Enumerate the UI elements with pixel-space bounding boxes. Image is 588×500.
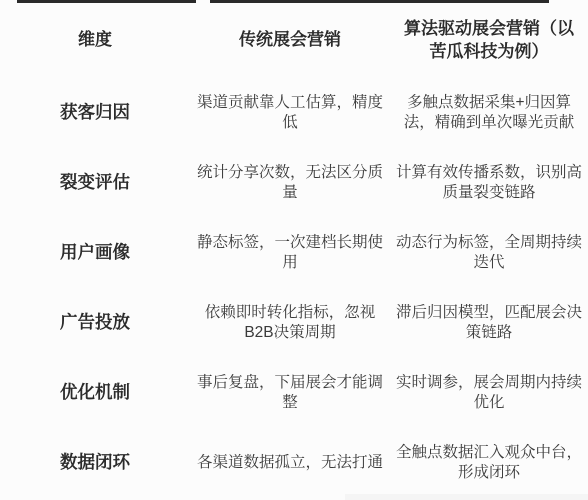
row-algorithm-cell: 计算有效传播系数，识别高质量裂变链路 xyxy=(390,163,588,204)
row-algorithm-cell: 动态行为标签，全周期持续迭代 xyxy=(390,233,588,274)
row-algorithm-cell: 全触点数据汇入观众中台，形成闭环 xyxy=(390,443,588,484)
table-header-row: 维度 传统展会营销 算法驱动展会营销（以苦瓜科技为例） xyxy=(0,3,588,78)
table-row: 广告投放 依赖即时转化指标，忽视B2B决策周期 滞后归因模型，匹配展会决策链路 xyxy=(0,288,588,358)
row-dimension-label: 获客归因 xyxy=(0,101,190,124)
row-dimension-label: 裂变评估 xyxy=(0,171,190,194)
row-dimension-label: 优化机制 xyxy=(0,381,190,404)
row-algorithm-cell: 实时调参，展会周期内持续优化 xyxy=(390,373,588,414)
row-dimension-label: 数据闭环 xyxy=(0,451,190,474)
row-dimension-label: 用户画像 xyxy=(0,241,190,264)
row-traditional-cell: 各渠道数据孤立，无法打通 xyxy=(190,453,390,473)
row-dimension-label: 广告投放 xyxy=(0,311,190,334)
table-row: 裂变评估 统计分享次数，无法区分质量 计算有效传播系数，识别高质量裂变链路 xyxy=(0,148,588,218)
column-header-dimension: 维度 xyxy=(0,29,190,51)
row-traditional-cell: 事后复盘，下届展会才能调整 xyxy=(190,373,390,414)
row-traditional-cell: 静态标签，一次建档长期使用 xyxy=(190,233,390,274)
table-row: 数据闭环 各渠道数据孤立，无法打通 全触点数据汇入观众中台，形成闭环 xyxy=(0,428,588,498)
row-algorithm-cell: 滞后归因模型，匹配展会决策链路 xyxy=(390,303,588,344)
row-traditional-cell: 统计分享次数，无法区分质量 xyxy=(190,163,390,204)
column-header-algorithm: 算法驱动展会营销（以苦瓜科技为例） xyxy=(390,18,588,63)
comparison-table-page: 维度 传统展会营销 算法驱动展会营销（以苦瓜科技为例） 获客归因 渠道贡献靠人工… xyxy=(0,0,588,500)
table-row: 获客归因 渠道贡献靠人工估算，精度低 多触点数据采集+归因算法，精确到单次曝光贡… xyxy=(0,78,588,148)
table-row: 用户画像 静态标签，一次建档长期使用 动态行为标签，全周期持续迭代 xyxy=(0,218,588,288)
row-algorithm-cell: 多触点数据采集+归因算法，精确到单次曝光贡献 xyxy=(390,93,588,134)
column-header-traditional: 传统展会营销 xyxy=(190,29,390,51)
row-traditional-cell: 渠道贡献靠人工估算，精度低 xyxy=(190,93,390,134)
comparison-table: 维度 传统展会营销 算法驱动展会营销（以苦瓜科技为例） 获客归因 渠道贡献靠人工… xyxy=(0,3,588,498)
table-body: 获客归因 渠道贡献靠人工估算，精度低 多触点数据采集+归因算法，精确到单次曝光贡… xyxy=(0,78,588,498)
table-row: 优化机制 事后复盘，下届展会才能调整 实时调参，展会周期内持续优化 xyxy=(0,358,588,428)
row-traditional-cell: 依赖即时转化指标，忽视B2B决策周期 xyxy=(190,303,390,344)
bottom-shading-artifact xyxy=(345,494,588,500)
